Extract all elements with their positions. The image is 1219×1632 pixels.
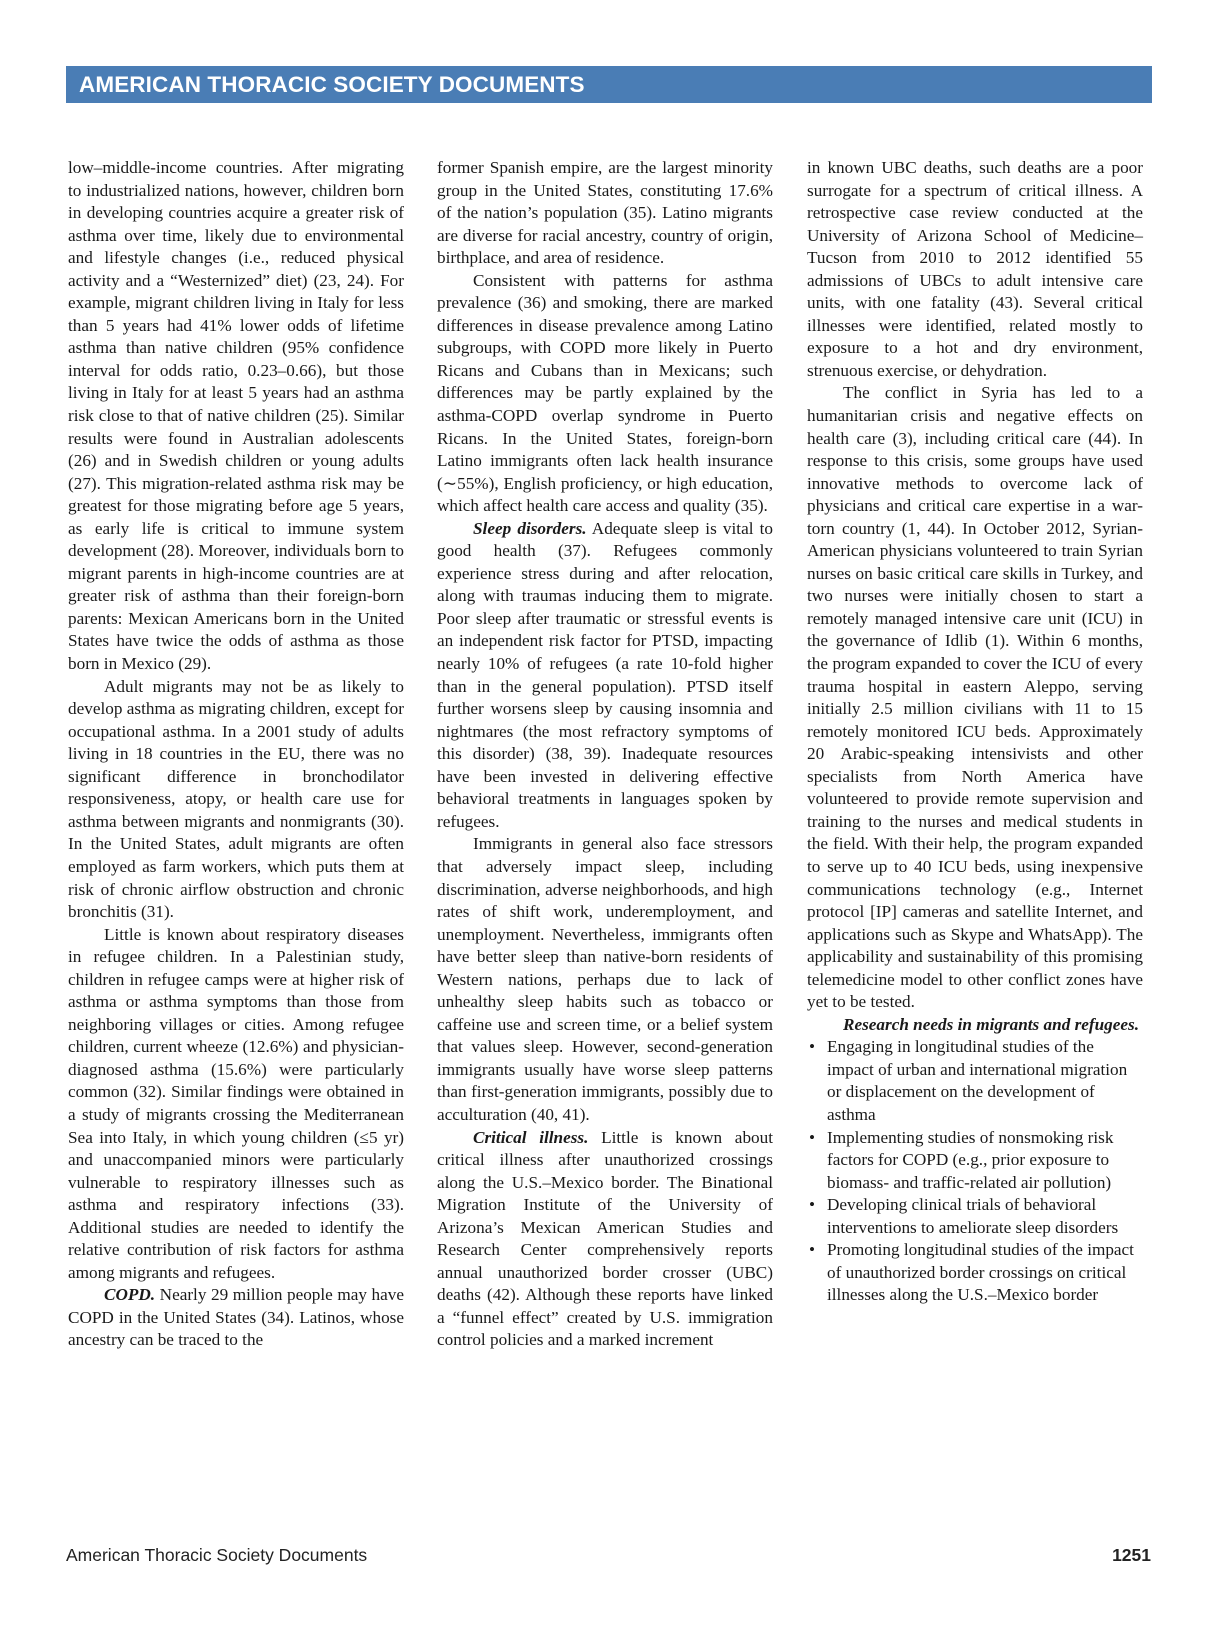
text-column-1: low–middle-income countries. After migra… [68, 157, 404, 1352]
paragraph: low–middle-income countries. After migra… [68, 157, 404, 676]
list-item: •Promoting longitudinal studies of the i… [807, 1239, 1143, 1307]
footer-journal-name: American Thoracic Society Documents [66, 1545, 367, 1566]
runin-heading-copd: COPD. [104, 1285, 155, 1304]
paragraph-text: Adequate sleep is vital to good health (… [437, 519, 773, 831]
bullet-icon: • [809, 1127, 815, 1150]
text-column-2: former Spanish empire, are the largest m… [437, 157, 773, 1352]
list-item: •Engaging in longitudinal studies of the… [807, 1036, 1143, 1126]
runin-heading-sleep-disorders: Sleep disorders. [473, 519, 587, 538]
paragraph-sleep-disorders: Sleep disorders. Adequate sleep is vital… [437, 518, 773, 834]
paragraph: Adult migrants may not be as likely to d… [68, 676, 404, 924]
list-item: •Developing clinical trials of behaviora… [807, 1194, 1143, 1239]
research-needs-list: •Engaging in longitudinal studies of the… [807, 1036, 1143, 1307]
paragraph: former Spanish empire, are the largest m… [437, 157, 773, 270]
paragraph: The conflict in Syria has led to a human… [807, 382, 1143, 1013]
paragraph: in known UBC deaths, such deaths are a p… [807, 157, 1143, 382]
bullet-icon: • [809, 1239, 815, 1262]
footer-page-number: 1251 [1112, 1545, 1151, 1566]
paragraph: Immigrants in general also face stressor… [437, 833, 773, 1126]
list-item-text: Developing clinical trials of behavioral… [827, 1195, 1118, 1237]
list-item-text: Implementing studies of nonsmoking risk … [827, 1128, 1113, 1192]
paragraph: Little is known about respiratory diseas… [68, 924, 404, 1285]
paragraph-critical-illness: Critical illness. Little is known about … [437, 1127, 773, 1352]
bullet-icon: • [809, 1194, 815, 1217]
runin-heading-critical-illness: Critical illness. [473, 1128, 588, 1147]
list-item-text: Engaging in longitudinal studies of the … [827, 1037, 1127, 1124]
section-banner: AMERICAN THORACIC SOCIETY DOCUMENTS [66, 66, 1152, 103]
list-item: •Implementing studies of nonsmoking risk… [807, 1127, 1143, 1195]
paragraph: Consistent with patterns for asthma prev… [437, 270, 773, 518]
text-column-3: in known UBC deaths, such deaths are a p… [807, 157, 1143, 1307]
list-item-text: Promoting longitudinal studies of the im… [827, 1240, 1134, 1304]
paragraph-text: Little is known about critical illness a… [437, 1128, 773, 1350]
paragraph-copd: COPD. Nearly 29 million people may have … [68, 1284, 404, 1352]
subheading-research-needs: Research needs in migrants and refugees. [807, 1014, 1143, 1037]
bullet-icon: • [809, 1036, 815, 1059]
